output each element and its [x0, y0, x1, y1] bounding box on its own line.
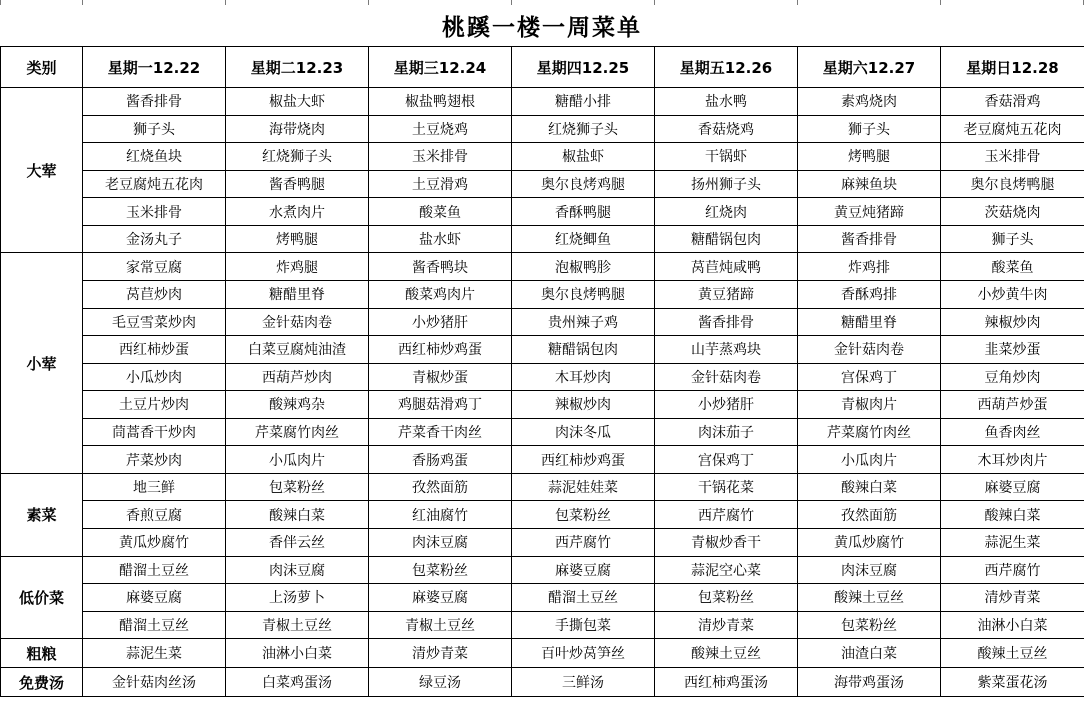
- dish-cell: 玉米排骨: [83, 198, 226, 226]
- menu-page: 桃蹊一楼一周菜单 类别 星期一12.22 星期二12.23 星期三12.24 星…: [0, 0, 1084, 703]
- menu-table-body: 大荤酱香排骨椒盐大虾椒盐鸭翅根糖醋小排盐水鸭素鸡烧肉香菇滑鸡狮子头海带烧肉土豆烧…: [1, 88, 1084, 697]
- dish-cell: 韭菜炒蛋: [941, 336, 1084, 364]
- header-thursday: 星期四12.25: [512, 47, 655, 88]
- dish-cell: 麻婆豆腐: [83, 584, 226, 612]
- dish-cell: 芹菜腐竹肉丝: [226, 418, 369, 446]
- menu-row: 素菜地三鲜包菜粉丝孜然面筋蒜泥娃娃菜干锅花菜酸辣白菜麻婆豆腐: [1, 473, 1084, 501]
- menu-row: 小瓜炒肉西葫芦炒肉青椒炒蛋木耳炒肉金针菇肉卷宫保鸡丁豆角炒肉: [1, 363, 1084, 391]
- dish-cell: 红烧狮子头: [226, 143, 369, 171]
- dish-cell: 酸辣鸡杂: [226, 391, 369, 419]
- dish-cell: 酸辣土豆丝: [655, 639, 798, 668]
- header-wednesday: 星期三12.24: [369, 47, 512, 88]
- dish-cell: 水煮肉片: [226, 198, 369, 226]
- dish-cell: 椒盐大虾: [226, 88, 369, 116]
- dish-cell: 黄豆炖猪蹄: [798, 198, 941, 226]
- weekly-menu-table: 类别 星期一12.22 星期二12.23 星期三12.24 星期四12.25 星…: [0, 46, 1084, 697]
- dish-cell: 麻婆豆腐: [369, 584, 512, 612]
- dish-cell: 芹菜腐竹肉丝: [798, 418, 941, 446]
- dish-cell: 山芋蒸鸡块: [655, 336, 798, 364]
- menu-row: 大荤酱香排骨椒盐大虾椒盐鸭翅根糖醋小排盐水鸭素鸡烧肉香菇滑鸡: [1, 88, 1084, 116]
- menu-row: 低价菜醋溜土豆丝肉沫豆腐包菜粉丝麻婆豆腐蒜泥空心菜肉沫豆腐西芹腐竹: [1, 556, 1084, 584]
- dish-cell: 金汤丸子: [83, 225, 226, 253]
- dish-cell: 西葫芦炒肉: [226, 363, 369, 391]
- dish-cell: 西葫芦炒蛋: [941, 391, 1084, 419]
- dish-cell: 麻婆豆腐: [512, 556, 655, 584]
- dish-cell: 狮子头: [798, 115, 941, 143]
- dish-cell: 西红柿炒鸡蛋: [369, 336, 512, 364]
- dish-cell: 鱼香肉丝: [941, 418, 1084, 446]
- dish-cell: 酸辣土豆丝: [941, 639, 1084, 668]
- dish-cell: 地三鲜: [83, 473, 226, 501]
- dish-cell: 茼蒿香干炒肉: [83, 418, 226, 446]
- dish-cell: 盐水虾: [369, 225, 512, 253]
- dish-cell: 西红柿鸡蛋汤: [655, 668, 798, 697]
- dish-cell: 狮子头: [83, 115, 226, 143]
- dish-cell: 小瓜肉片: [798, 446, 941, 474]
- title-row: 桃蹊一楼一周菜单: [0, 5, 1084, 46]
- dish-cell: 红烧肉: [655, 198, 798, 226]
- dish-cell: 清炒青菜: [369, 639, 512, 668]
- dish-cell: 上汤萝卜: [226, 584, 369, 612]
- dish-cell: 麻婆豆腐: [941, 473, 1084, 501]
- dish-cell: 豆角炒肉: [941, 363, 1084, 391]
- dish-cell: 香菇滑鸡: [941, 88, 1084, 116]
- menu-row: 毛豆雪菜炒肉金针菇肉卷小炒猪肝贵州辣子鸡酱香排骨糖醋里脊辣椒炒肉: [1, 308, 1084, 336]
- menu-row: 香煎豆腐酸辣白菜红油腐竹包菜粉丝西芹腐竹孜然面筋酸辣白菜: [1, 501, 1084, 529]
- menu-row: 红烧鱼块红烧狮子头玉米排骨椒盐虾干锅虾烤鸭腿玉米排骨: [1, 143, 1084, 171]
- menu-row: 莴苣炒肉糖醋里脊酸菜鸡肉片奥尔良烤鸭腿黄豆猪蹄香酥鸡排小炒黄牛肉: [1, 280, 1084, 308]
- dish-cell: 肉沫冬瓜: [512, 418, 655, 446]
- dish-cell: 醋溜土豆丝: [512, 584, 655, 612]
- grid-tick-marks: [0, 0, 1084, 5]
- dish-cell: 清炒青菜: [655, 611, 798, 639]
- dish-cell: 肉沫豆腐: [369, 529, 512, 557]
- category-label: 免费汤: [1, 668, 83, 697]
- dish-cell: 手撕包菜: [512, 611, 655, 639]
- dish-cell: 蒜泥生菜: [941, 529, 1084, 557]
- dish-cell: 香肠鸡蛋: [369, 446, 512, 474]
- dish-cell: 酸辣白菜: [798, 473, 941, 501]
- dish-cell: 黄瓜炒腐竹: [83, 529, 226, 557]
- dish-cell: 椒盐鸭翅根: [369, 88, 512, 116]
- menu-row: 黄瓜炒腐竹香伴云丝肉沫豆腐西芹腐竹青椒炒香干黄瓜炒腐竹蒜泥生菜: [1, 529, 1084, 557]
- dish-cell: 土豆片炒肉: [83, 391, 226, 419]
- dish-cell: 红烧鱼块: [83, 143, 226, 171]
- dish-cell: 酱香鸭腿: [226, 170, 369, 198]
- dish-cell: 酸菜鸡肉片: [369, 280, 512, 308]
- dish-cell: 黄豆猪蹄: [655, 280, 798, 308]
- menu-row: 茼蒿香干炒肉芹菜腐竹肉丝芹菜香干肉丝肉沫冬瓜肉沫茄子芹菜腐竹肉丝鱼香肉丝: [1, 418, 1084, 446]
- dish-cell: 肉沫豆腐: [226, 556, 369, 584]
- dish-cell: 香煎豆腐: [83, 501, 226, 529]
- dish-cell: 盐水鸭: [655, 88, 798, 116]
- dish-cell: 西芹腐竹: [512, 529, 655, 557]
- dish-cell: 香酥鸡排: [798, 280, 941, 308]
- dish-cell: 椒盐虾: [512, 143, 655, 171]
- dish-cell: 包菜粉丝: [798, 611, 941, 639]
- dish-cell: 酱香鸭块: [369, 253, 512, 281]
- dish-cell: 芹菜香干肉丝: [369, 418, 512, 446]
- dish-cell: 包菜粉丝: [226, 473, 369, 501]
- menu-row: 西红柿炒蛋白菜豆腐炖油渣西红柿炒鸡蛋糖醋锅包肉山芋蒸鸡块金针菇肉卷韭菜炒蛋: [1, 336, 1084, 364]
- header-category: 类别: [1, 47, 83, 88]
- dish-cell: 老豆腐炖五花肉: [941, 115, 1084, 143]
- menu-row: 金汤丸子烤鸭腿盐水虾红烧鲫鱼糖醋锅包肉酱香排骨狮子头: [1, 225, 1084, 253]
- dish-cell: 辣椒炒肉: [512, 391, 655, 419]
- dish-cell: 西红柿炒鸡蛋: [512, 446, 655, 474]
- dish-cell: 紫菜蛋花汤: [941, 668, 1084, 697]
- dish-cell: 油淋小白菜: [941, 611, 1084, 639]
- dish-cell: 小瓜炒肉: [83, 363, 226, 391]
- dish-cell: 木耳炒肉片: [941, 446, 1084, 474]
- dish-cell: 孜然面筋: [369, 473, 512, 501]
- dish-cell: 烤鸭腿: [226, 225, 369, 253]
- dish-cell: 芹菜炒肉: [83, 446, 226, 474]
- dish-cell: 毛豆雪菜炒肉: [83, 308, 226, 336]
- dish-cell: 玉米排骨: [941, 143, 1084, 171]
- dish-cell: 海带鸡蛋汤: [798, 668, 941, 697]
- menu-row: 芹菜炒肉小瓜肉片香肠鸡蛋西红柿炒鸡蛋宫保鸡丁小瓜肉片木耳炒肉片: [1, 446, 1084, 474]
- menu-row: 玉米排骨水煮肉片酸菜鱼香酥鸭腿红烧肉黄豆炖猪蹄茨菇烧肉: [1, 198, 1084, 226]
- dish-cell: 清炒青菜: [941, 584, 1084, 612]
- dish-cell: 茨菇烧肉: [941, 198, 1084, 226]
- dish-cell: 白菜豆腐炖油渣: [226, 336, 369, 364]
- dish-cell: 孜然面筋: [798, 501, 941, 529]
- dish-cell: 蒜泥空心菜: [655, 556, 798, 584]
- dish-cell: 烤鸭腿: [798, 143, 941, 171]
- menu-row: 小荤家常豆腐炸鸡腿酱香鸭块泡椒鸭胗莴苣炖咸鸭炸鸡排酸菜鱼: [1, 253, 1084, 281]
- header-tuesday: 星期二12.23: [226, 47, 369, 88]
- menu-row: 醋溜土豆丝青椒土豆丝青椒土豆丝手撕包菜清炒青菜包菜粉丝油淋小白菜: [1, 611, 1084, 639]
- header-friday: 星期五12.26: [655, 47, 798, 88]
- dish-cell: 糖醋锅包肉: [512, 336, 655, 364]
- dish-cell: 三鲜汤: [512, 668, 655, 697]
- dish-cell: 青椒土豆丝: [226, 611, 369, 639]
- dish-cell: 海带烧肉: [226, 115, 369, 143]
- dish-cell: 土豆烧鸡: [369, 115, 512, 143]
- dish-cell: 白菜鸡蛋汤: [226, 668, 369, 697]
- dish-cell: 麻辣鱼块: [798, 170, 941, 198]
- dish-cell: 油渣白菜: [798, 639, 941, 668]
- category-label: 素菜: [1, 473, 83, 556]
- dish-cell: 宫保鸡丁: [655, 446, 798, 474]
- dish-cell: 包菜粉丝: [655, 584, 798, 612]
- dish-cell: 香酥鸭腿: [512, 198, 655, 226]
- dish-cell: 小炒猪肝: [369, 308, 512, 336]
- table-header: 类别 星期一12.22 星期二12.23 星期三12.24 星期四12.25 星…: [1, 47, 1084, 88]
- dish-cell: 肉沫茄子: [655, 418, 798, 446]
- dish-cell: 宫保鸡丁: [798, 363, 941, 391]
- menu-row: 粗粮蒜泥生菜油淋小白菜清炒青菜百叶炒莴笋丝酸辣土豆丝油渣白菜酸辣土豆丝: [1, 639, 1084, 668]
- dish-cell: 西芹腐竹: [655, 501, 798, 529]
- dish-cell: 木耳炒肉: [512, 363, 655, 391]
- dish-cell: 鸡腿菇滑鸡丁: [369, 391, 512, 419]
- category-label: 粗粮: [1, 639, 83, 668]
- dish-cell: 糖醋锅包肉: [655, 225, 798, 253]
- dish-cell: 酸菜鱼: [941, 253, 1084, 281]
- dish-cell: 红烧狮子头: [512, 115, 655, 143]
- dish-cell: 家常豆腐: [83, 253, 226, 281]
- dish-cell: 红油腐竹: [369, 501, 512, 529]
- category-label: 低价菜: [1, 556, 83, 639]
- dish-cell: 青椒土豆丝: [369, 611, 512, 639]
- header-sunday: 星期日12.28: [941, 47, 1084, 88]
- dish-cell: 素鸡烧肉: [798, 88, 941, 116]
- dish-cell: 酱香排骨: [798, 225, 941, 253]
- dish-cell: 香菇烧鸡: [655, 115, 798, 143]
- menu-row: 免费汤金针菇肉丝汤白菜鸡蛋汤绿豆汤三鲜汤西红柿鸡蛋汤海带鸡蛋汤紫菜蛋花汤: [1, 668, 1084, 697]
- category-label: 小荤: [1, 253, 83, 474]
- dish-cell: 酱香排骨: [655, 308, 798, 336]
- dish-cell: 酸辣白菜: [226, 501, 369, 529]
- dish-cell: 贵州辣子鸡: [512, 308, 655, 336]
- dish-cell: 干锅虾: [655, 143, 798, 171]
- menu-row: 土豆片炒肉酸辣鸡杂鸡腿菇滑鸡丁辣椒炒肉小炒猪肝青椒肉片西葫芦炒蛋: [1, 391, 1084, 419]
- dish-cell: 黄瓜炒腐竹: [798, 529, 941, 557]
- category-label: 大荤: [1, 88, 83, 253]
- dish-cell: 金针菇肉丝汤: [83, 668, 226, 697]
- dish-cell: 绿豆汤: [369, 668, 512, 697]
- dish-cell: 青椒炒蛋: [369, 363, 512, 391]
- header-row: 类别 星期一12.22 星期二12.23 星期三12.24 星期四12.25 星…: [1, 47, 1084, 88]
- dish-cell: 百叶炒莴笋丝: [512, 639, 655, 668]
- dish-cell: 小瓜肉片: [226, 446, 369, 474]
- dish-cell: 莴苣炖咸鸭: [655, 253, 798, 281]
- header-saturday: 星期六12.27: [798, 47, 941, 88]
- dish-cell: 红烧鲫鱼: [512, 225, 655, 253]
- dish-cell: 炸鸡排: [798, 253, 941, 281]
- dish-cell: 青椒炒香干: [655, 529, 798, 557]
- dish-cell: 香伴云丝: [226, 529, 369, 557]
- dish-cell: 醋溜土豆丝: [83, 556, 226, 584]
- dish-cell: 小炒猪肝: [655, 391, 798, 419]
- dish-cell: 干锅花菜: [655, 473, 798, 501]
- dish-cell: 青椒肉片: [798, 391, 941, 419]
- dish-cell: 糖醋里脊: [798, 308, 941, 336]
- page-title: 桃蹊一楼一周菜单: [442, 9, 642, 42]
- dish-cell: 狮子头: [941, 225, 1084, 253]
- dish-cell: 奥尔良烤鸭腿: [941, 170, 1084, 198]
- dish-cell: 油淋小白菜: [226, 639, 369, 668]
- dish-cell: 蒜泥娃娃菜: [512, 473, 655, 501]
- dish-cell: 扬州狮子头: [655, 170, 798, 198]
- dish-cell: 金针菇肉卷: [226, 308, 369, 336]
- dish-cell: 糖醋里脊: [226, 280, 369, 308]
- menu-row: 老豆腐炖五花肉酱香鸭腿土豆滑鸡奥尔良烤鸡腿扬州狮子头麻辣鱼块奥尔良烤鸭腿: [1, 170, 1084, 198]
- dish-cell: 老豆腐炖五花肉: [83, 170, 226, 198]
- dish-cell: 金针菇肉卷: [655, 363, 798, 391]
- dish-cell: 辣椒炒肉: [941, 308, 1084, 336]
- dish-cell: 金针菇肉卷: [798, 336, 941, 364]
- dish-cell: 玉米排骨: [369, 143, 512, 171]
- dish-cell: 炸鸡腿: [226, 253, 369, 281]
- dish-cell: 酸菜鱼: [369, 198, 512, 226]
- dish-cell: 泡椒鸭胗: [512, 253, 655, 281]
- menu-row: 麻婆豆腐上汤萝卜麻婆豆腐醋溜土豆丝包菜粉丝酸辣土豆丝清炒青菜: [1, 584, 1084, 612]
- dish-cell: 肉沫豆腐: [798, 556, 941, 584]
- dish-cell: 小炒黄牛肉: [941, 280, 1084, 308]
- dish-cell: 西芹腐竹: [941, 556, 1084, 584]
- dish-cell: 蒜泥生菜: [83, 639, 226, 668]
- dish-cell: 奥尔良烤鸭腿: [512, 280, 655, 308]
- dish-cell: 西红柿炒蛋: [83, 336, 226, 364]
- dish-cell: 酸辣白菜: [941, 501, 1084, 529]
- dish-cell: 包菜粉丝: [512, 501, 655, 529]
- dish-cell: 莴苣炒肉: [83, 280, 226, 308]
- menu-row: 狮子头海带烧肉土豆烧鸡红烧狮子头香菇烧鸡狮子头老豆腐炖五花肉: [1, 115, 1084, 143]
- dish-cell: 酱香排骨: [83, 88, 226, 116]
- dish-cell: 糖醋小排: [512, 88, 655, 116]
- dish-cell: 包菜粉丝: [369, 556, 512, 584]
- dish-cell: 醋溜土豆丝: [83, 611, 226, 639]
- dish-cell: 酸辣土豆丝: [798, 584, 941, 612]
- dish-cell: 土豆滑鸡: [369, 170, 512, 198]
- dish-cell: 奥尔良烤鸡腿: [512, 170, 655, 198]
- header-monday: 星期一12.22: [83, 47, 226, 88]
